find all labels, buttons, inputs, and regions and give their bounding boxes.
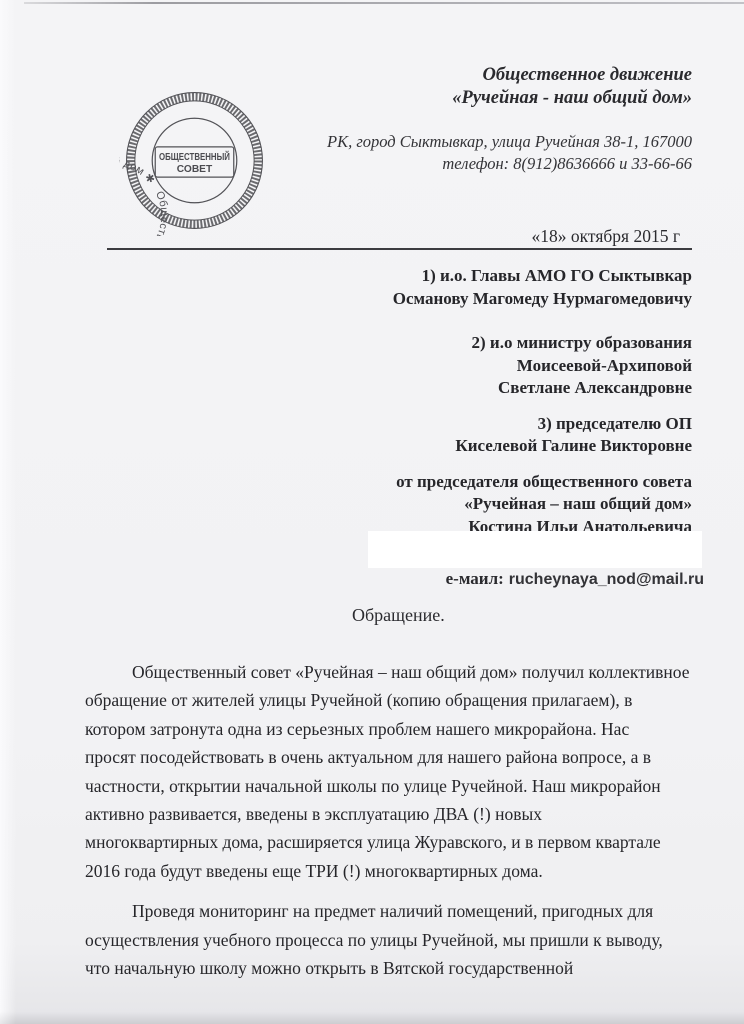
recipient-2: 2) и.о министру образования Моисеевой-Ар… (393, 332, 692, 400)
scanned-letter-page: Общественное движение ✱ Ручейная - наш о… (0, 0, 744, 1024)
scan-left-edge (0, 0, 16, 1024)
body-line: Проведя мониторинг на предмет наличий по… (85, 897, 697, 925)
body-line: просят посодействовать в очень актуально… (85, 743, 697, 771)
org-name-line1: Общественное движение (452, 64, 692, 87)
recipient-2-line3: Светлане Александровне (393, 377, 692, 400)
org-address-line: РК, город Сыктывкар, улица Ручейная 38-1… (327, 131, 692, 153)
body-line: частности, открытии начальной школы по у… (85, 772, 697, 800)
recipient-1-line1: 1) и.о. Главы АМО ГО Сыктывкар (393, 265, 692, 288)
recipient-3-line1: 3) председателю ОП (393, 413, 692, 436)
sender-line1: от председателя общественного совета (393, 471, 692, 494)
date-underline (107, 248, 692, 250)
recipients-block: 1) и.о. Главы АМО ГО Сыктывкар Османову … (393, 265, 692, 538)
sender-block: от председателя общественного совета «Ру… (393, 471, 692, 539)
date-line: «18» октября 2015 г (532, 226, 681, 247)
body-paragraphs: Общественный совет «Ручейная – наш общий… (85, 658, 697, 982)
document-title: Обращение. (352, 605, 445, 626)
stamp-center-line1: ОБЩЕСТВЕННЫЙ (159, 150, 230, 163)
email-value: rucheynaya_nod@mail.ru (509, 571, 704, 588)
body-line: активно развивается, введены в эксплуата… (85, 800, 697, 828)
letterhead-contacts: РК, город Сыктывкар, улица Ручейная 38-1… (327, 131, 692, 175)
body-line: многоквартирных дома, расширяется улица … (85, 828, 697, 856)
recipient-2-line1: 2) и.о министру образования (393, 332, 692, 355)
scan-top-edge-line (24, 2, 744, 4)
body-line: Общественный совет «Ручейная – наш общий… (85, 658, 697, 686)
recipient-3-line2: Киселевой Галине Викторовне (393, 435, 692, 458)
stamp-center-line2: СОВЕТ (177, 164, 213, 175)
org-name-line2: «Ручейная - наш общий дом» (452, 87, 692, 110)
body-line: котором затронута одна из серьезных проб… (85, 715, 697, 743)
org-round-stamp: Общественное движение ✱ Ручейная - наш о… (119, 85, 270, 236)
body-line: осуществления учебного процесса по улицы… (85, 926, 697, 954)
redaction-box (368, 531, 702, 568)
body-line: обращение от жителей улицы Ручейной (коп… (85, 686, 697, 714)
recipient-2-line2: Моисеевой-Архиповой (393, 355, 692, 378)
letterhead-org-name: Общественное движение «Ручейная - наш об… (452, 64, 692, 110)
recipient-1-line2: Османову Магомеду Нурмагомедовичу (393, 288, 692, 311)
body-line: 2016 года будут введены еще ТРИ (!) мног… (85, 857, 697, 885)
scan-bottom-edge (0, 1011, 744, 1024)
recipient-3: 3) председателю ОП Киселевой Галине Викт… (393, 413, 692, 458)
recipient-1: 1) и.о. Главы АМО ГО Сыктывкар Османову … (393, 265, 692, 310)
org-phone-line: телефон: 8(912)8636666 и 33-66-66 (327, 153, 692, 175)
body-line: что начальную школу можно открыть в Вятс… (85, 954, 697, 982)
email-label: е-маил: (446, 569, 504, 588)
email-line: е-маил:rucheynaya_nod@mail.ru (446, 569, 704, 589)
sender-line2: «Ручейная – наш общий дом» (393, 493, 692, 516)
